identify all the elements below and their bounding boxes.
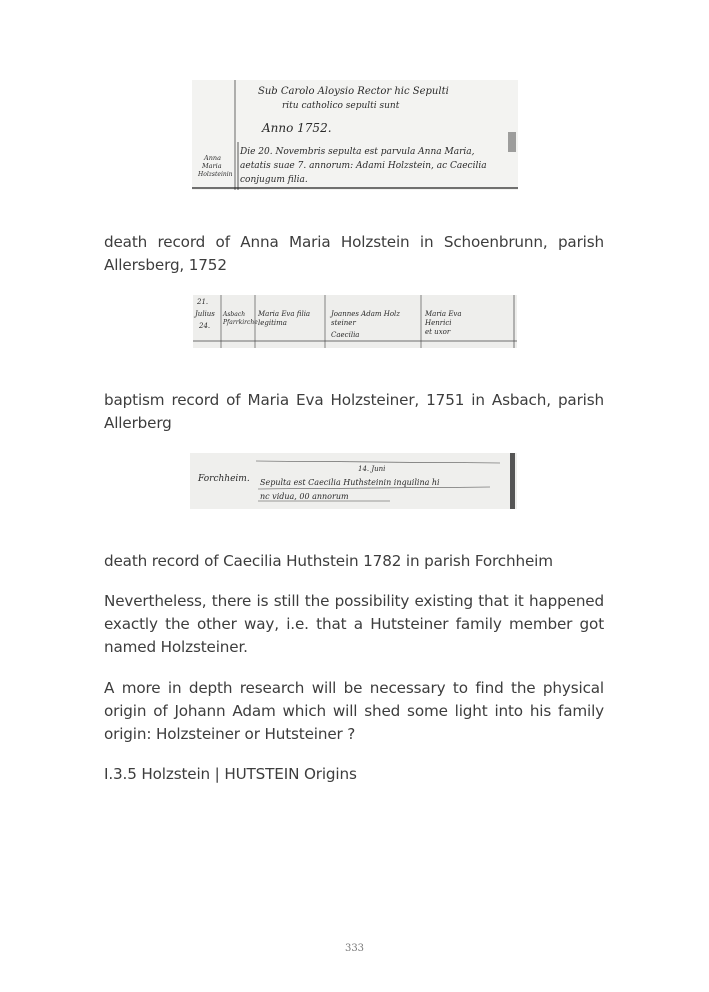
handwriting-scan-graphic: Sub Carolo Aloysio Rector hic Sepulti ri… [192,80,518,190]
scan-text: et uxor [425,328,451,336]
scan-image-baptism-record-maria-eva: 21. Julius 24. Asbach Pfarrkirche Maria … [193,295,517,348]
scan-text: Joannes Adam Holz [329,310,400,318]
page-number: 333 [0,943,709,954]
scan-text: Sepulta est Caecilia Huthsteinin inquili… [260,478,440,487]
scan-text: Julius [193,310,215,318]
scan-text: Anno 1752. [261,121,332,135]
handwriting-scan-graphic: Forchheim. 14. Juni Sepulta est Caecilia… [190,453,517,509]
scan-text: Anna [203,154,221,162]
scan-text: steiner [331,319,356,327]
scan-text: Pfarrkirche [222,319,258,326]
section-reference: I.3.5 Holzstein | HUTSTEIN Origins [104,763,604,786]
scan-text: Sub Carolo Aloysio Rector hic Sepulti [258,86,449,97]
scan-image-death-record-caecilia: Forchheim. 14. Juni Sepulta est Caecilia… [190,453,517,509]
scan-text: legitima [258,319,287,327]
scan-text: nc vidua, 00 annorum [260,492,349,501]
body-paragraph: A more in depth research will be necessa… [104,677,604,747]
scan-text: conjugum filia. [240,175,308,185]
scan-text: Holzsteinin [197,171,233,178]
scan-text: Forchheim. [197,474,250,484]
scan-image-death-record-anna-maria: Sub Carolo Aloysio Rector hic Sepulti ri… [192,80,518,190]
scan-text: ritu catholico sepulti sunt [282,101,400,111]
body-paragraph: Nevertheless, there is still the possibi… [104,590,604,660]
scan-text: aetatis suae 7. annorum: Adami Holzstein… [240,161,487,171]
document-page: Sub Carolo Aloysio Rector hic Sepulti ri… [0,0,709,992]
scan-text: 21. [196,298,208,306]
figure-caption: death record of Anna Maria Holzstein in … [104,231,604,277]
scan-text: 14. Juni [358,465,385,473]
scan-text: Henrici [424,319,452,327]
scan-text: Maria Eva [424,310,462,318]
scan-text: 24. [198,322,210,330]
handwriting-scan-graphic: 21. Julius 24. Asbach Pfarrkirche Maria … [193,295,517,348]
scan-text: Asbach [222,311,245,318]
figure-caption: death record of Caecilia Huthstein 1782 … [104,550,604,573]
figure-caption: baptism record of Maria Eva Holzsteiner,… [104,389,604,435]
scan-text: Caecilia [331,331,359,339]
scan-text: Die 20. Novembris sepulta est parvula An… [239,147,475,157]
scan-text: Maria Eva filia [257,310,310,318]
scan-text: Maria [201,162,222,170]
